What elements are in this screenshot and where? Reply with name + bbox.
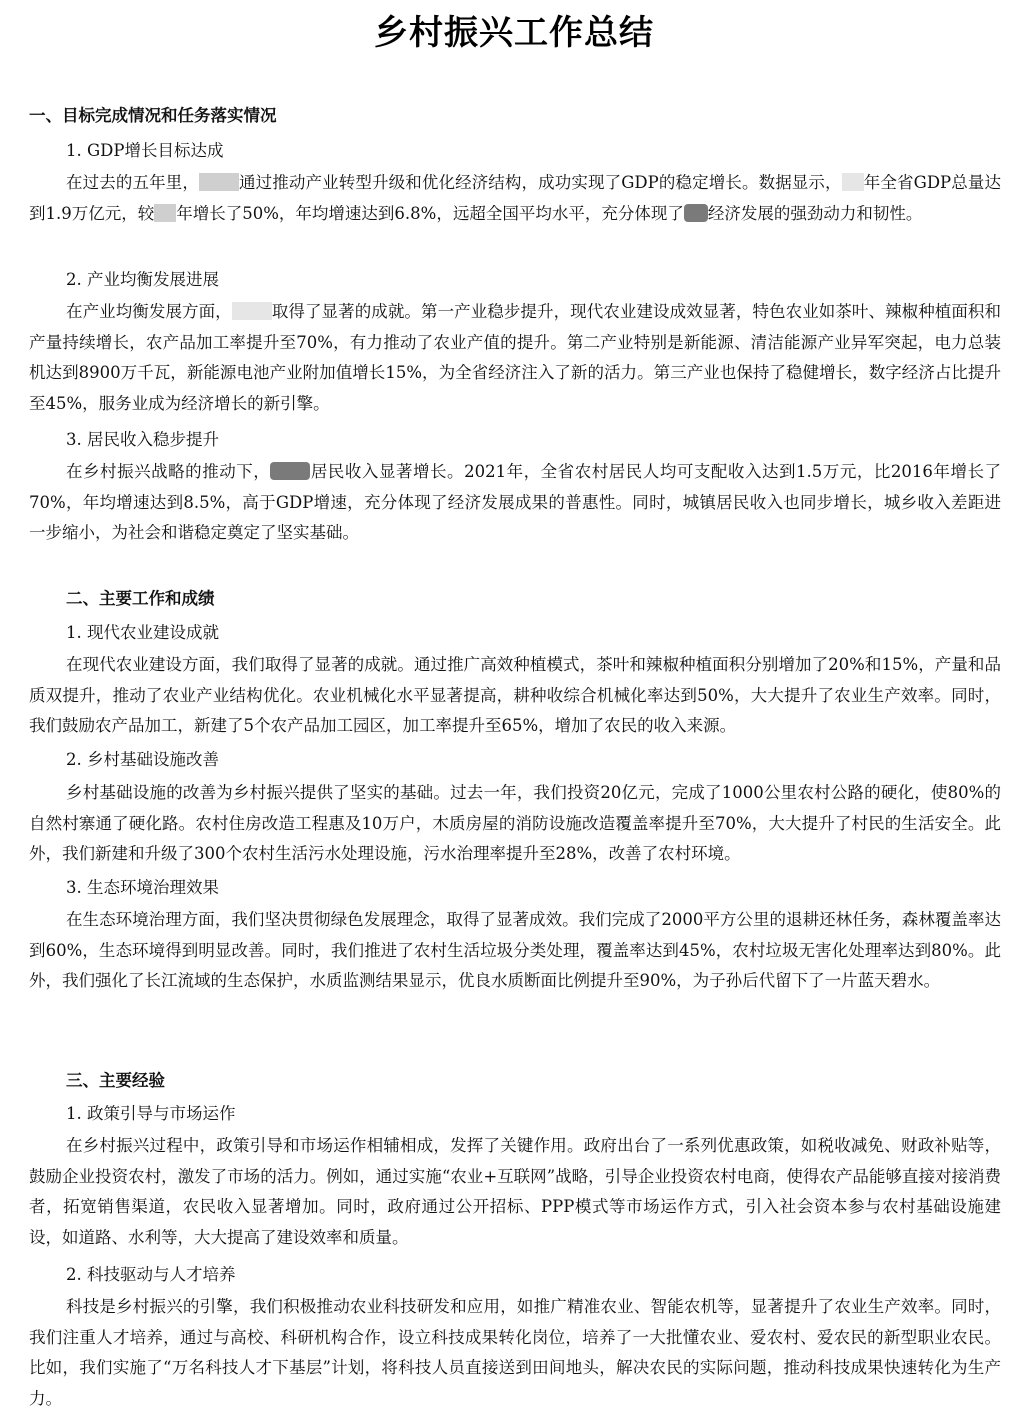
- redacted-block: [199, 173, 239, 191]
- paragraph-2-2: 乡村基础设施的改善为乡村振兴提供了坚实的基础。过去一年，我们投资20亿元，完成了…: [29, 778, 1001, 870]
- subsection-heading-3-1: 1. 政策引导与市场运作: [66, 1101, 236, 1127]
- section-heading-3: 三、主要经验: [66, 1068, 165, 1094]
- subsection-heading-1-3: 3. 居民收入稳步提升: [66, 427, 219, 453]
- paragraph-1-3: 在乡村振兴战略的推动下，居民收入显著增长。2021年，全省农村居民人均可支配收入…: [29, 457, 1001, 549]
- document-title: 乡村振兴工作总结: [0, 8, 1028, 58]
- redacted-block: [154, 204, 176, 222]
- subsection-heading-2-3: 3. 生态环境治理效果: [66, 875, 219, 901]
- paragraph-2-1: 在现代农业建设方面，我们取得了显著的成就。通过推广高效种植模式，茶叶和辣椒种植面…: [29, 650, 1001, 742]
- subsection-heading-3-2: 2. 科技驱动与人才培养: [66, 1262, 236, 1288]
- section-heading-1: 一、目标完成情况和任务落实情况: [29, 103, 277, 129]
- paragraph-3-2: 科技是乡村振兴的引擎，我们积极推动农业科技研发和应用，如推广精准农业、智能农机等…: [29, 1292, 1001, 1414]
- redacted-block: [232, 302, 272, 320]
- paragraph-2-3: 在生态环境治理方面，我们坚决贯彻绿色发展理念，取得了显著成效。我们完成了2000…: [29, 905, 1001, 997]
- redacted-block: [842, 173, 864, 191]
- paragraph-1-1: 在过去的五年里，通过推动产业转型升级和优化经济结构，成功实现了GDP的稳定增长。…: [29, 168, 1001, 229]
- document-page: 乡村振兴工作总结 一、目标完成情况和任务落实情况 1. GDP增长目标达成 在过…: [0, 0, 1028, 1424]
- paragraph-3-1: 在乡村振兴过程中，政策引导和市场运作相辅相成，发挥了关键作用。政府出台了一系列优…: [29, 1131, 1001, 1253]
- subsection-heading-1-2: 2. 产业均衡发展进展: [66, 267, 219, 293]
- subsection-heading-2-1: 1. 现代农业建设成就: [66, 620, 219, 646]
- subsection-heading-1-1: 1. GDP增长目标达成: [66, 138, 224, 164]
- section-heading-2: 二、主要工作和成绩: [66, 586, 215, 612]
- redacted-block: [684, 204, 708, 222]
- redacted-block: [270, 462, 310, 480]
- paragraph-1-2: 在产业均衡发展方面，取得了显著的成就。第一产业稳步提升，现代农业建设成效显著，特…: [29, 297, 1001, 419]
- subsection-heading-2-2: 2. 乡村基础设施改善: [66, 747, 219, 773]
